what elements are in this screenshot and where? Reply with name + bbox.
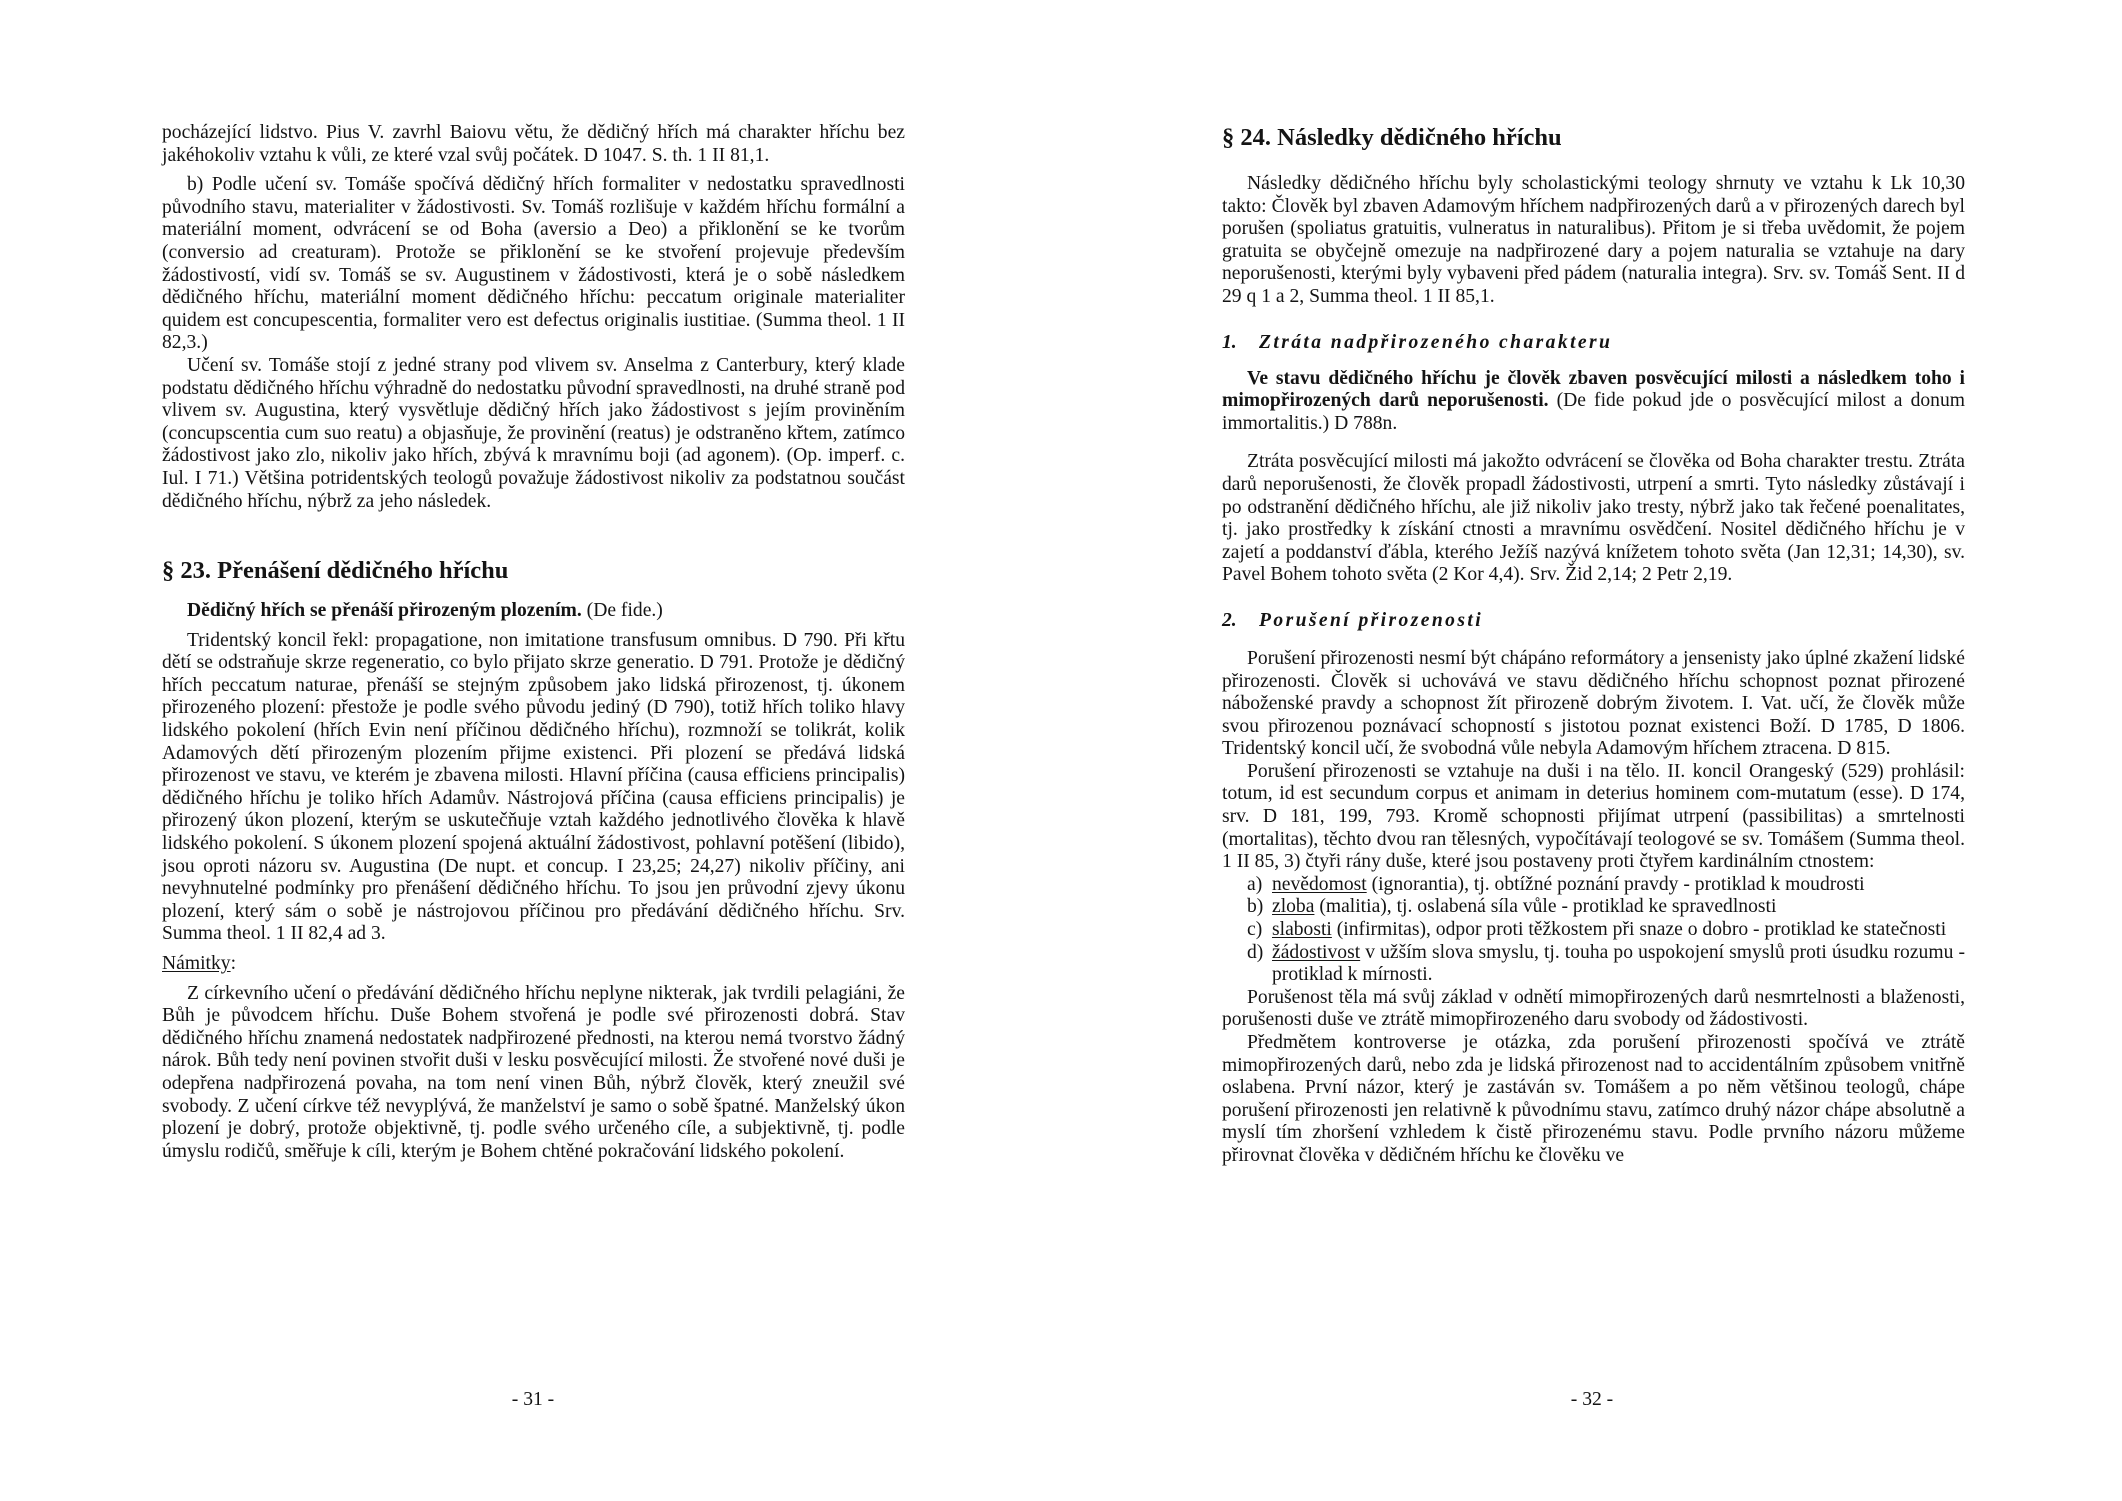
paragraph-anselm-augustine: Učení sv. Tomáše stojí z jedné strany po… <box>162 355 905 513</box>
paragraph-b-thomas: b) Podle učení sv. Tomáše spočívá dědičn… <box>162 174 905 355</box>
wound-label: a) <box>1247 874 1262 897</box>
paragraph-continued: pocházející lidstvo. Pius V. zavrhl Baio… <box>162 122 905 167</box>
objections-label: Námitky: <box>162 953 905 976</box>
subsection-1-thesis: Ve stavu dědičného hříchu je člověk zbav… <box>1222 368 1965 436</box>
wound-label: d) <box>1247 942 1263 965</box>
page-number-32: - 32 - <box>1492 1388 1692 1412</box>
wound-item-a: a)nevědomost (ignorantia), tj. obtížné p… <box>1222 874 1965 897</box>
page-32-text-column: § 24. Následky dědičného hříchu Následky… <box>1222 123 1965 1168</box>
paragraph-corruption-3: Porušenost těla má svůj základ v odnětí … <box>1222 987 1965 1032</box>
subsection-2-title: Porušení přirozenosti <box>1259 610 1483 631</box>
wound-term: zloba <box>1272 896 1314 917</box>
page-number-31: - 31 - <box>433 1388 633 1412</box>
paragraph-loss-of-grace: Ztráta posvěcující milosti má jakožto od… <box>1222 451 1965 587</box>
objections-colon: : <box>231 953 236 974</box>
subsection-1-heading: 1.Ztráta nadpřirozeného charakteru <box>1222 331 1965 355</box>
page-31-text-column: pocházející lidstvo. Pius V. zavrhl Baio… <box>162 122 905 1163</box>
wound-term: slabosti <box>1272 919 1332 940</box>
wound-item-c: c)slabosti (infirmitas), odpor proti těž… <box>1222 919 1965 942</box>
paragraph-intro: Následky dědičného hříchu byly scholasti… <box>1222 173 1965 309</box>
paragraph-corruption-2: Porušení přirozenosti se vztahuje na duš… <box>1222 761 1965 874</box>
wound-description: (ignorantia), tj. obtížné poznání pravdy… <box>1367 874 1865 895</box>
paragraph-controversy: Předmětem kontroverse je otázka, zda por… <box>1222 1032 1965 1168</box>
wound-item-d: d)žádostivost v užším slova smyslu, tj. … <box>1222 942 1965 987</box>
subsection-1-number: 1. <box>1222 331 1259 355</box>
page-32: § 24. Následky dědičného hříchu Následky… <box>1061 0 2122 1501</box>
wound-item-b: b)zloba (malitia), tj. oslabená síla vůl… <box>1222 896 1965 919</box>
section-23-thesis: Dědičný hřích se přenáší přirozeným ploz… <box>162 600 905 623</box>
section-24-heading: § 24. Následky dědičného hříchu <box>1222 123 1965 153</box>
page-31: pocházející lidstvo. Pius V. zavrhl Baio… <box>0 0 1061 1501</box>
wound-label: c) <box>1247 919 1262 942</box>
four-wounds-list: a)nevědomost (ignorantia), tj. obtížné p… <box>1222 874 1965 987</box>
subsection-2-number: 2. <box>1222 609 1259 633</box>
wound-description: v užším slova smyslu, tj. touha po uspok… <box>1272 942 1965 986</box>
wound-description: (infirmitas), odpor proti těžkostem při … <box>1332 919 1946 940</box>
thesis-bold: Dědičný hřích se přenáší přirozeným ploz… <box>187 600 582 621</box>
paragraph-trident: Tridentský koncil řekl: propagatione, no… <box>162 630 905 946</box>
wound-term: žádostivost <box>1272 942 1360 963</box>
objections-label-text: Námitky <box>162 953 231 974</box>
wound-description: (malitia), tj. oslabená síla vůle - prot… <box>1314 896 1776 917</box>
subsection-2-heading: 2.Porušení přirozenosti <box>1222 609 1965 633</box>
subsection-1-title: Ztráta nadpřirozeného charakteru <box>1259 332 1612 353</box>
wound-label: b) <box>1247 896 1263 919</box>
paragraph-objections: Z církevního učení o předávání dědičného… <box>162 983 905 1164</box>
section-23-heading: § 23. Přenášení dědičného hříchu <box>162 556 905 586</box>
wound-term: nevědomost <box>1272 874 1367 895</box>
thesis-note: (De fide.) <box>582 600 663 621</box>
paragraph-corruption-1: Porušení přirozenosti nesmí být chápáno … <box>1222 648 1965 761</box>
